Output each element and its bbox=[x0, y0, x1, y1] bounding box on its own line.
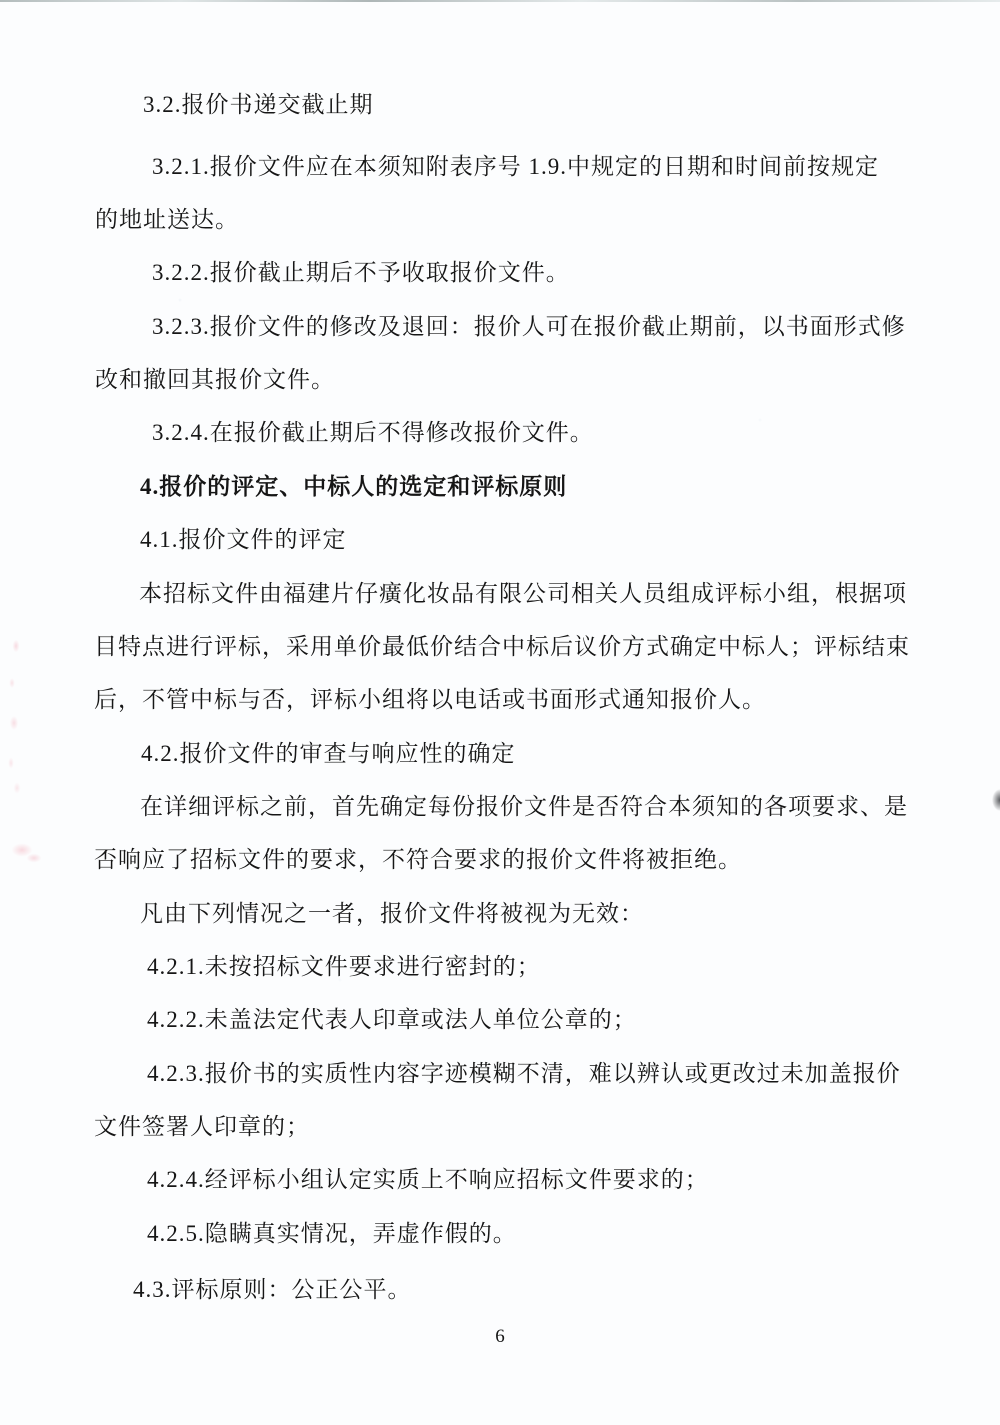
section-4-1-heading: 4.1.报价文件的评定 bbox=[140, 528, 347, 551]
para-4-1-line1: 本招标文件由福建片仔癀化妆品有限公司相关人员组成评标小组，根据项 bbox=[139, 582, 907, 605]
section-4-heading: 4.报价的评定、中标人的选定和评标原则 bbox=[140, 475, 567, 498]
para-4-2-3-line1: 4.2.3.报价书的实质性内容字迹模糊不清，难以辨认或更改过未加盖报价 bbox=[147, 1062, 901, 1085]
para-3-2-4: 3.2.4.在报价截止期后不得修改报价文件。 bbox=[152, 421, 594, 444]
section-4-2-heading: 4.2.报价文件的审查与响应性的确定 bbox=[141, 742, 516, 765]
para-3-2-3-line1: 3.2.3.报价文件的修改及退回：报价人可在报价截止期前，以书面形式修 bbox=[152, 315, 906, 338]
para-3-2-1-line2: 的地址送达。 bbox=[95, 208, 239, 231]
para-3-2-3-line2: 改和撤回其报价文件。 bbox=[95, 368, 335, 391]
scan-edge-artifact bbox=[0, 0, 1000, 2]
para-4-2-invalid-intro: 凡由下列情况之一者，报价文件将被视为无效： bbox=[140, 902, 644, 925]
para-3-2-1-line1: 3.2.1.报价文件应在本须知附表序号 1.9.中规定的日期和时间前按规定 bbox=[152, 155, 879, 178]
left-edge-pink-smudge-artifact bbox=[2, 628, 32, 798]
para-4-1-line2: 目特点进行评标，采用单价最低价结合中标后议价方式确定中标人；评标结束 bbox=[94, 635, 910, 658]
para-4-2-review-line1: 在详细评标之前，首先确定每份报价文件是否符合本须知的各项要求、是 bbox=[140, 795, 908, 818]
section-4-3: 4.3.评标原则：公正公平。 bbox=[133, 1278, 412, 1301]
right-edge-grey-mark-artifact bbox=[991, 788, 1000, 812]
para-4-1-line3: 后，不管中标与否，评标小组将以电话或书面形式通知报价人。 bbox=[94, 688, 766, 711]
para-4-2-2: 4.2.2.未盖法定代表人印章或法人单位公章的； bbox=[147, 1008, 637, 1031]
para-4-2-3-line2: 文件签署人印章的； bbox=[94, 1115, 310, 1138]
para-4-2-review-line2: 否响应了招标文件的要求，不符合要求的报价文件将被拒绝。 bbox=[94, 848, 742, 871]
para-4-2-1: 4.2.1.未按招标文件要求进行密封的； bbox=[147, 955, 541, 978]
page-number: 6 bbox=[0, 1327, 1000, 1346]
section-3-2-heading: 3.2.报价书递交截止期 bbox=[143, 93, 374, 116]
para-4-2-5: 4.2.5.隐瞒真实情况，弄虚作假的。 bbox=[147, 1222, 517, 1245]
left-edge-pink-blot-artifact bbox=[4, 836, 48, 868]
para-3-2-2: 3.2.2.报价截止期后不予收取报价文件。 bbox=[152, 261, 570, 284]
para-4-2-4: 4.2.4.经评标小组认定实质上不响应招标文件要求的； bbox=[147, 1168, 709, 1191]
document-page: 3.2.报价书递交截止期 3.2.1.报价文件应在本须知附表序号 1.9.中规定… bbox=[0, 0, 1000, 1425]
